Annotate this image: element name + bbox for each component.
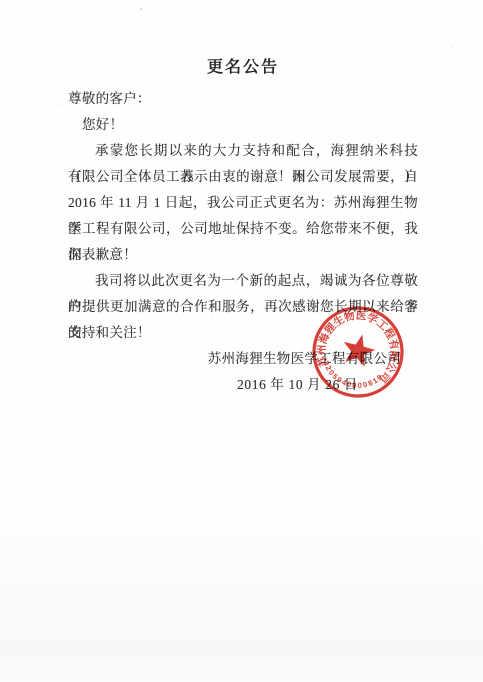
paragraph1-line4: 学工程有限公司，公司地址保持不变。给您带来不便，我们 [68, 216, 418, 242]
scanned-letter-page: 更名公告 尊敬的客户： 您好！ 承蒙您长期以来的大力支持和配合，海狸纳米科技（苏… [0, 0, 483, 682]
greeting-line: 您好！ [68, 112, 418, 138]
paragraph1-line1: 承蒙您长期以来的大力支持和配合，海狸纳米科技（苏州） [68, 138, 418, 164]
seal-star [339, 331, 378, 369]
paragraph1-line2: 有限公司全体员工表示由衷的谢意！因公司发展需要，自 [68, 164, 418, 190]
paragraph1-line3: 2016 年 11 月 1 日起，我公司正式更名为：苏州海狸生物医 [68, 190, 418, 216]
paragraph2-line1: 我司将以此次更名为一个新的起点，竭诚为各位尊敬的客 [68, 268, 418, 294]
paragraph1-line5: 深表歉意！ [68, 242, 418, 268]
company-seal: 苏州海狸生物医学工程有限公司 3205940000810 [298, 292, 418, 412]
salutation: 尊敬的客户： [68, 86, 418, 112]
page-title: 更名公告 [68, 57, 418, 79]
